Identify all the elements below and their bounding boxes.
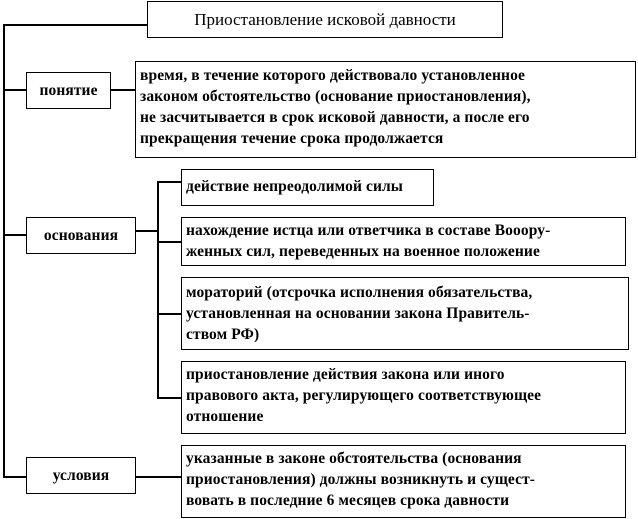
condition-line: указанные в законе обстоятельства (основ… bbox=[186, 448, 621, 469]
condition-line: вовать в последние 6 месяцев срока давно… bbox=[186, 490, 621, 511]
connector-main-vertical bbox=[3, 24, 5, 476]
concept-definition: время, в течение которого действовало ус… bbox=[135, 61, 636, 158]
connector-grounds-branch bbox=[135, 230, 158, 232]
ground-line: женных сил, переведенных на военное поло… bbox=[186, 241, 621, 262]
diagram-title: Приостановление исковой давности bbox=[147, 1, 503, 38]
label-conditions: условия bbox=[26, 457, 136, 494]
ground-line: ством РФ) bbox=[186, 324, 624, 345]
connector-ground-1 bbox=[157, 181, 182, 183]
ground-law-suspension: приостановление действия закона или иног… bbox=[181, 361, 626, 434]
ground-force-majeure: действие непреодолимой силы bbox=[181, 169, 434, 206]
connector-ground-2 bbox=[157, 241, 182, 243]
condition-line: приостановления) должны возникнуть и сущ… bbox=[186, 469, 621, 490]
definition-line: время, в течение которого действовало ус… bbox=[140, 65, 631, 86]
ground-armed-forces: нахождение истца или ответчика в составе… bbox=[181, 217, 626, 266]
definition-line: законом обстоятельство (основание приост… bbox=[140, 86, 631, 107]
label-concept: понятие bbox=[26, 72, 111, 109]
connector-conditions bbox=[3, 476, 27, 478]
ground-line: отношение bbox=[186, 406, 621, 427]
ground-line: нахождение истца или ответчика в составе… bbox=[186, 220, 621, 241]
connector-title-left bbox=[3, 24, 148, 26]
label-grounds: основания bbox=[26, 217, 136, 254]
ground-line: установленная на основании закона Правит… bbox=[186, 303, 624, 324]
definition-line: прекращения течение срока продолжается bbox=[140, 128, 631, 149]
ground-line: правового акта, регулирующего соответств… bbox=[186, 385, 621, 406]
connector-conditions-def bbox=[135, 476, 182, 478]
connector-concept-def bbox=[110, 89, 136, 91]
conditions-definition: указанные в законе обстоятельства (основ… bbox=[181, 445, 626, 518]
label-grounds-text: основания bbox=[44, 225, 118, 246]
title-text: Приостановление исковой давности bbox=[194, 10, 456, 30]
ground-line: действие непреодолимой силы bbox=[186, 176, 429, 197]
connector-concept bbox=[3, 89, 27, 91]
ground-line: мораторий (отсрочка исполнения обязатель… bbox=[186, 282, 624, 303]
definition-line: не засчитывается в срок исковой давности… bbox=[140, 107, 631, 128]
connector-grounds bbox=[3, 234, 27, 236]
ground-line: приостановление действия закона или иног… bbox=[186, 364, 621, 385]
label-conditions-text: условия bbox=[53, 465, 110, 486]
connector-ground-4 bbox=[157, 397, 182, 399]
ground-moratorium: мораторий (отсрочка исполнения обязатель… bbox=[181, 277, 629, 350]
label-concept-text: понятие bbox=[39, 80, 97, 101]
connector-grounds-vertical bbox=[157, 181, 159, 398]
connector-ground-3 bbox=[157, 313, 182, 315]
